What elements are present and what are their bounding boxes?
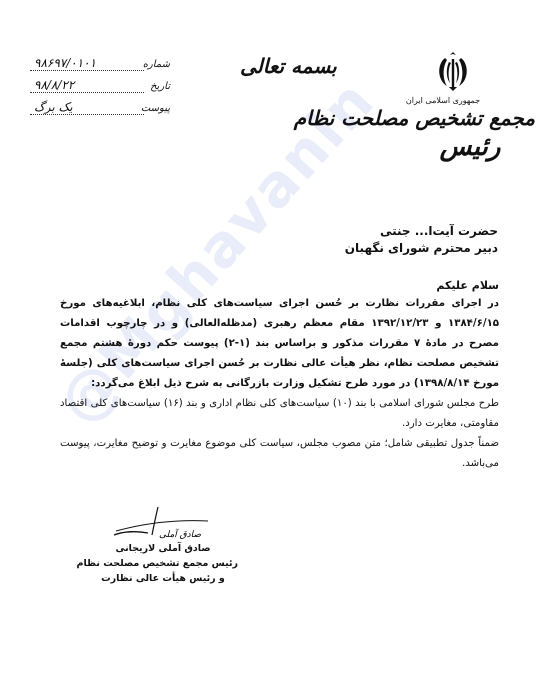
body-paragraph-1: در اجرای مقررات نظارت بر حُسن اجرای سیاس…: [60, 294, 499, 394]
date-label: تاریخ: [144, 81, 170, 92]
body-paragraph-2: طرح مجلس شورای اسلامی با بند (۱۰) سیاست‌…: [60, 394, 499, 434]
signatory-title-2: و رئیس هیأت عالی نظارت: [88, 571, 238, 586]
attachment-label: پیوست: [144, 103, 170, 114]
country-name: جمهوری اسلامی ایران: [383, 96, 523, 106]
meta-attachment-row: پیوست یک برگ: [30, 100, 170, 122]
letter-page: @Mghavanin جمهوری اسلامی ایران مجمع تشخی…: [0, 0, 543, 688]
signatory-title-1: رئیس مجمع تشخیص مصلحت نظام: [88, 556, 238, 571]
greeting: سلام علیکم: [60, 276, 499, 296]
signatory-name: صادق آملی لاریجانی: [88, 541, 238, 556]
letterhead: جمهوری اسلامی ایران مجمع تشخیص مصلحت نظا…: [383, 50, 523, 162]
addressee-name: حضرت آیت‌ا... جنتی: [345, 223, 498, 240]
organization-name: مجمع تشخیص مصلحت نظام: [383, 106, 535, 130]
iran-emblem-icon: [431, 50, 475, 94]
office-title: رئیس: [383, 132, 523, 162]
svg-text:صادق آملی: صادق آملی: [159, 528, 201, 540]
letter-meta: شماره ۹۸۶۹۷/۰۱۰۱ تاریخ ۹۸/۸/۲۲ پیوست یک …: [30, 56, 170, 122]
number-label: شماره: [144, 59, 170, 70]
handwritten-signature: صادق آملی: [108, 505, 218, 541]
body-paragraph-3: ضمناً جدول تطبیقی شامل؛ متن مصوب مجلس، س…: [60, 434, 499, 474]
meta-number-row: شماره ۹۸۶۹۷/۰۱۰۱: [30, 56, 170, 78]
addressee: حضرت آیت‌ا... جنتی دبیر محترم شورای نگهب…: [345, 223, 498, 257]
signature-block: صادق آملی صادق آملی لاریجانی رئیس مجمع ت…: [88, 505, 238, 586]
letter-body: سلام علیکم در اجرای مقررات نظارت بر حُسن…: [60, 276, 499, 474]
date-value: ۹۸/۸/۲۲: [30, 78, 144, 93]
number-value: ۹۸۶۹۷/۰۱۰۱: [30, 56, 144, 71]
addressee-title: دبیر محترم شورای نگهبان: [345, 240, 498, 257]
meta-date-row: تاریخ ۹۸/۸/۲۲: [30, 78, 170, 100]
attachment-value: یک برگ: [30, 100, 144, 115]
basmala: بسمه تعالی: [240, 54, 337, 78]
